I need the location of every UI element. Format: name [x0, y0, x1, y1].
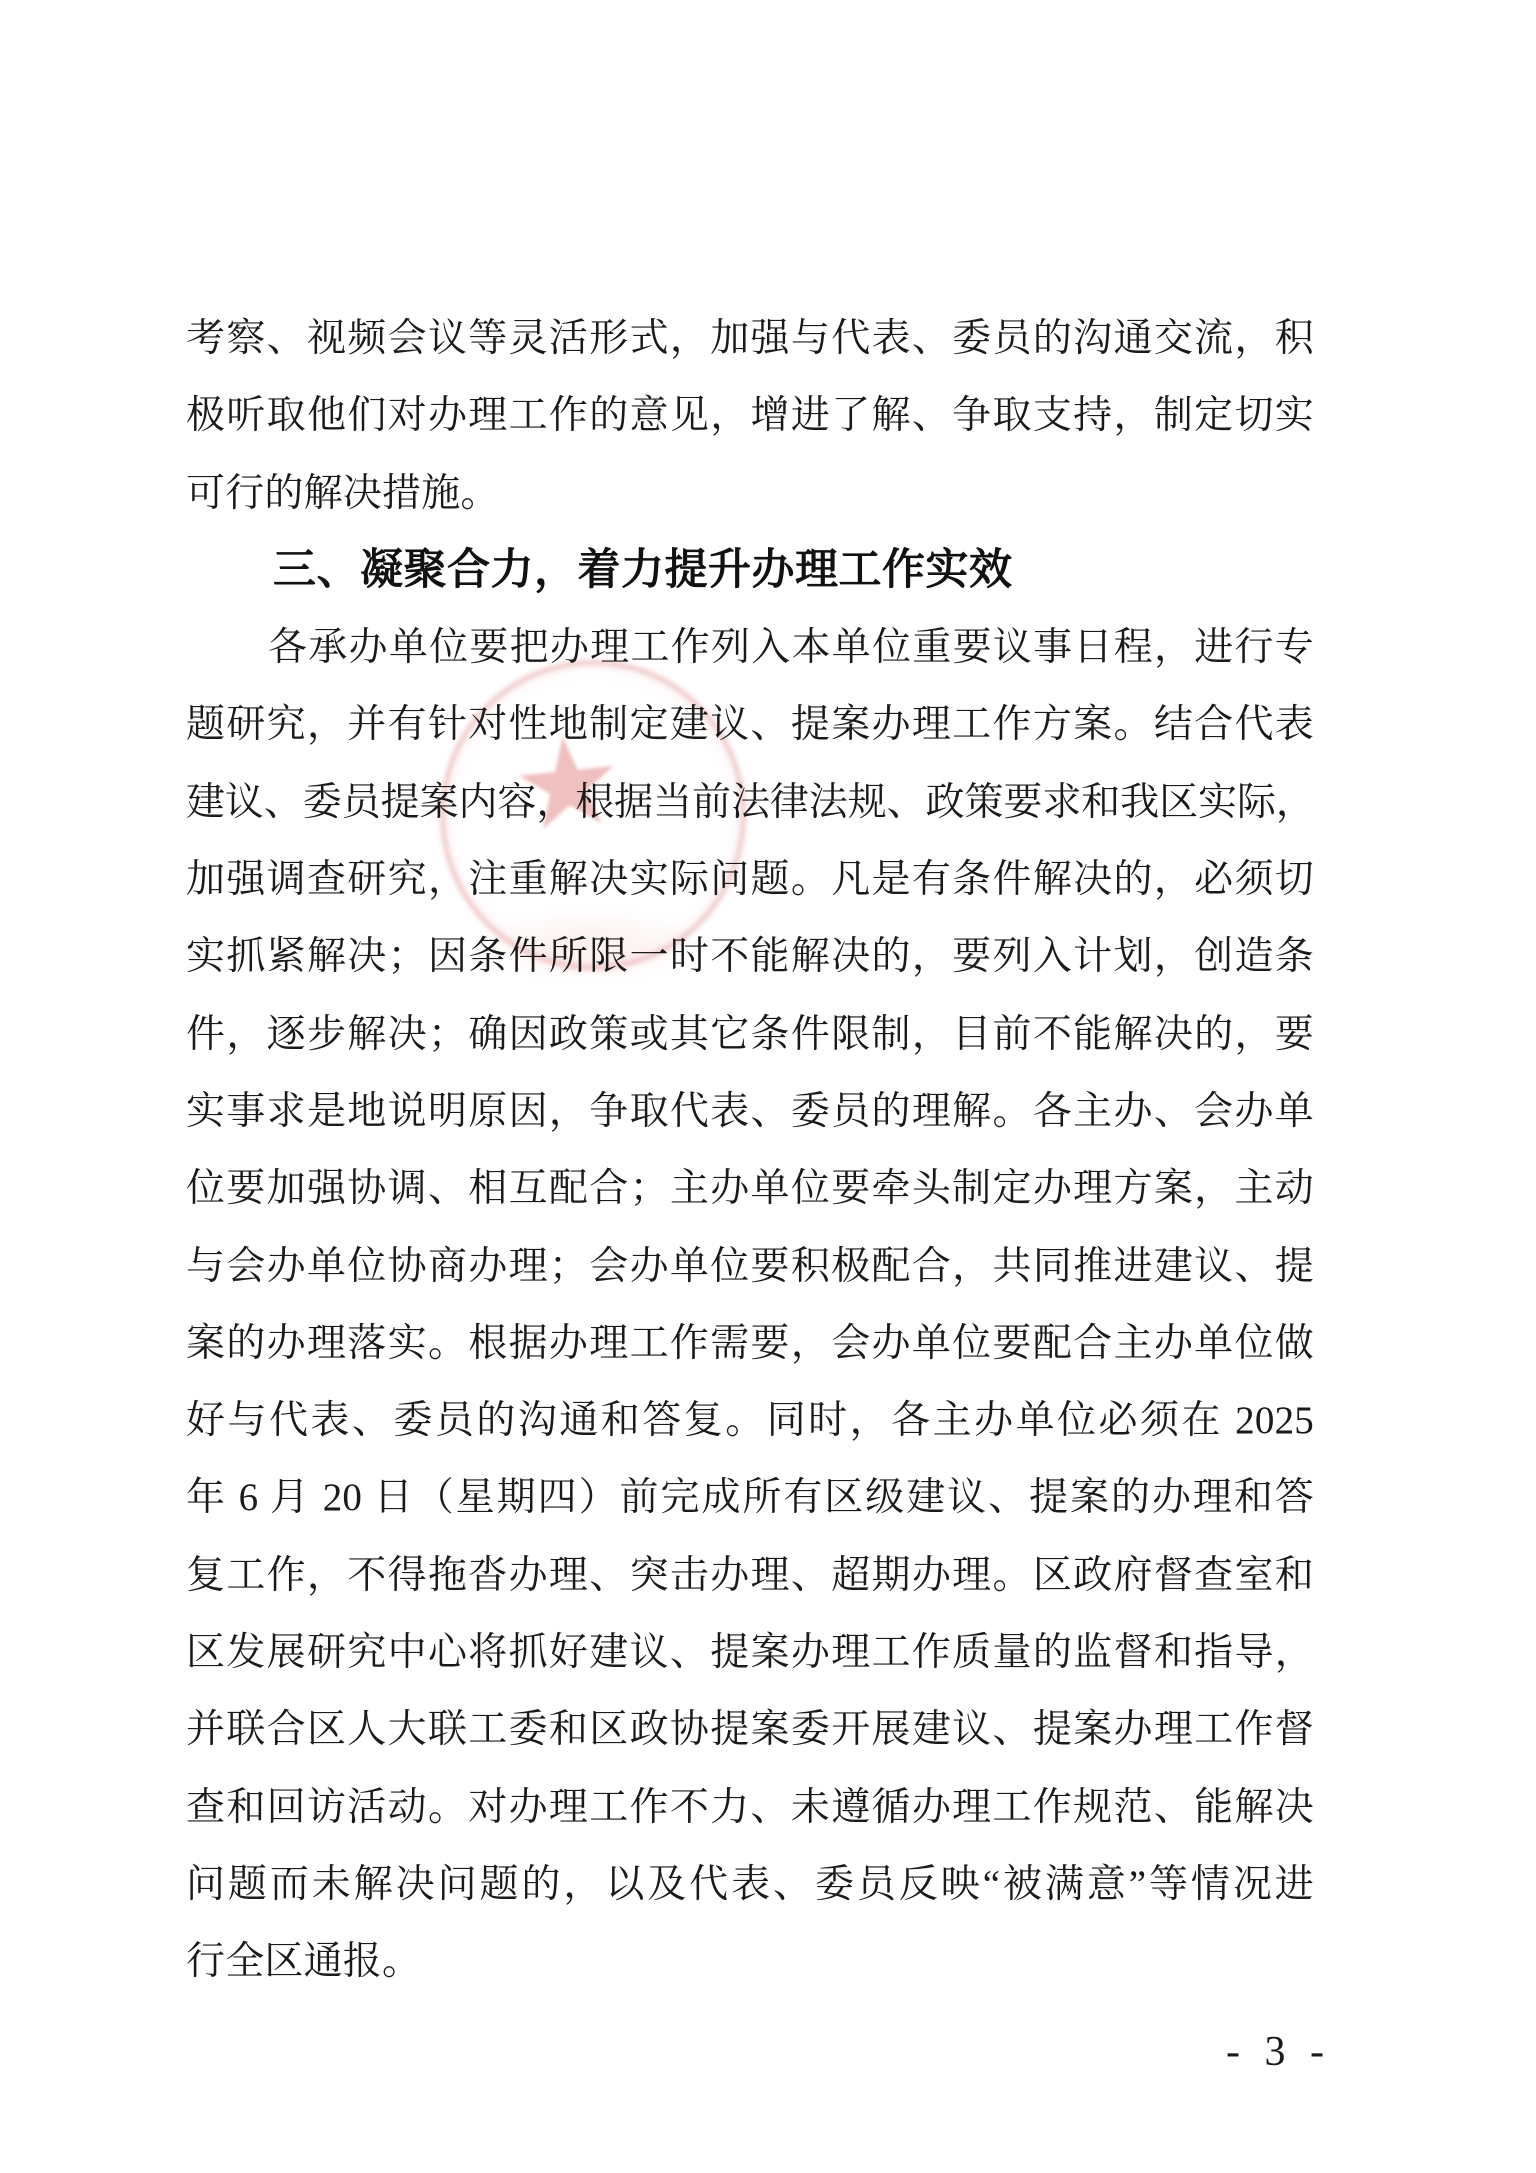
text-line: 实抓紧解决；因条件所限一时不能解决的，要列入计划，创造条 [186, 918, 1314, 995]
text-line: 建议、委员提案内容，根据当前法律法规、政策要求和我区实际， [186, 764, 1314, 841]
text-line: 位要加强协调、相互配合；主办单位要牵头制定办理方案，主动 [186, 1150, 1314, 1227]
text-line: 件，逐步解决；确因政策或其它条件限制，目前不能解决的，要 [186, 996, 1314, 1073]
text-line: 区发展研究中心将抓好建议、提案办理工作质量的监督和指导， [186, 1614, 1314, 1691]
text-line: 年 6 月 20 日（星期四）前完成所有区级建议、提案的办理和答 [186, 1459, 1314, 1536]
section-heading: 三、凝聚合力，着力提升办理工作实效 [186, 532, 1314, 609]
document-page: ★ 考察、视频会议等灵活形式，加强与代表、委员的沟通交流，积 极听取他们对办理工… [0, 0, 1536, 2173]
text-line: 题研究，并有针对性地制定建议、提案办理工作方案。结合代表 [186, 686, 1314, 763]
text-line: 复工作，不得拖沓办理、突击办理、超期办理。区政府督查室和 [186, 1537, 1314, 1614]
text-line: 各承办单位要把办理工作列入本单位重要议事日程，进行专 [186, 609, 1314, 686]
document-text: 考察、视频会议等灵活形式，加强与代表、委员的沟通交流，积 极听取他们对办理工作的… [186, 300, 1314, 2001]
text-line: 案的办理落实。根据办理工作需要，会办单位要配合主办单位做 [186, 1305, 1314, 1382]
text-line: 极听取他们对办理工作的意见，增进了解、争取支持，制定切实 [186, 377, 1314, 454]
text-line: 加强调查研究，注重解决实际问题。凡是有条件解决的，必须切 [186, 841, 1314, 918]
page-number: - 3 - [1226, 2028, 1331, 2076]
text-line: 并联合区人大联工委和区政协提案委开展建议、提案办理工作督 [186, 1691, 1314, 1768]
text-line: 可行的解决措施。 [186, 455, 1314, 532]
text-line: 实事求是地说明原因，争取代表、委员的理解。各主办、会办单 [186, 1073, 1314, 1150]
text-line: 行全区通报。 [186, 1923, 1314, 2000]
text-line: 与会办单位协商办理；会办单位要积极配合，共同推进建议、提 [186, 1228, 1314, 1305]
text-line: 问题而未解决问题的，以及代表、委员反映“被满意”等情况进 [186, 1846, 1314, 1923]
text-line: 考察、视频会议等灵活形式，加强与代表、委员的沟通交流，积 [186, 300, 1314, 377]
text-line: 查和回访活动。对办理工作不力、未遵循办理工作规范、能解决 [186, 1769, 1314, 1846]
text-line: 好与代表、委员的沟通和答复。同时，各主办单位必须在 2025 [186, 1382, 1314, 1459]
